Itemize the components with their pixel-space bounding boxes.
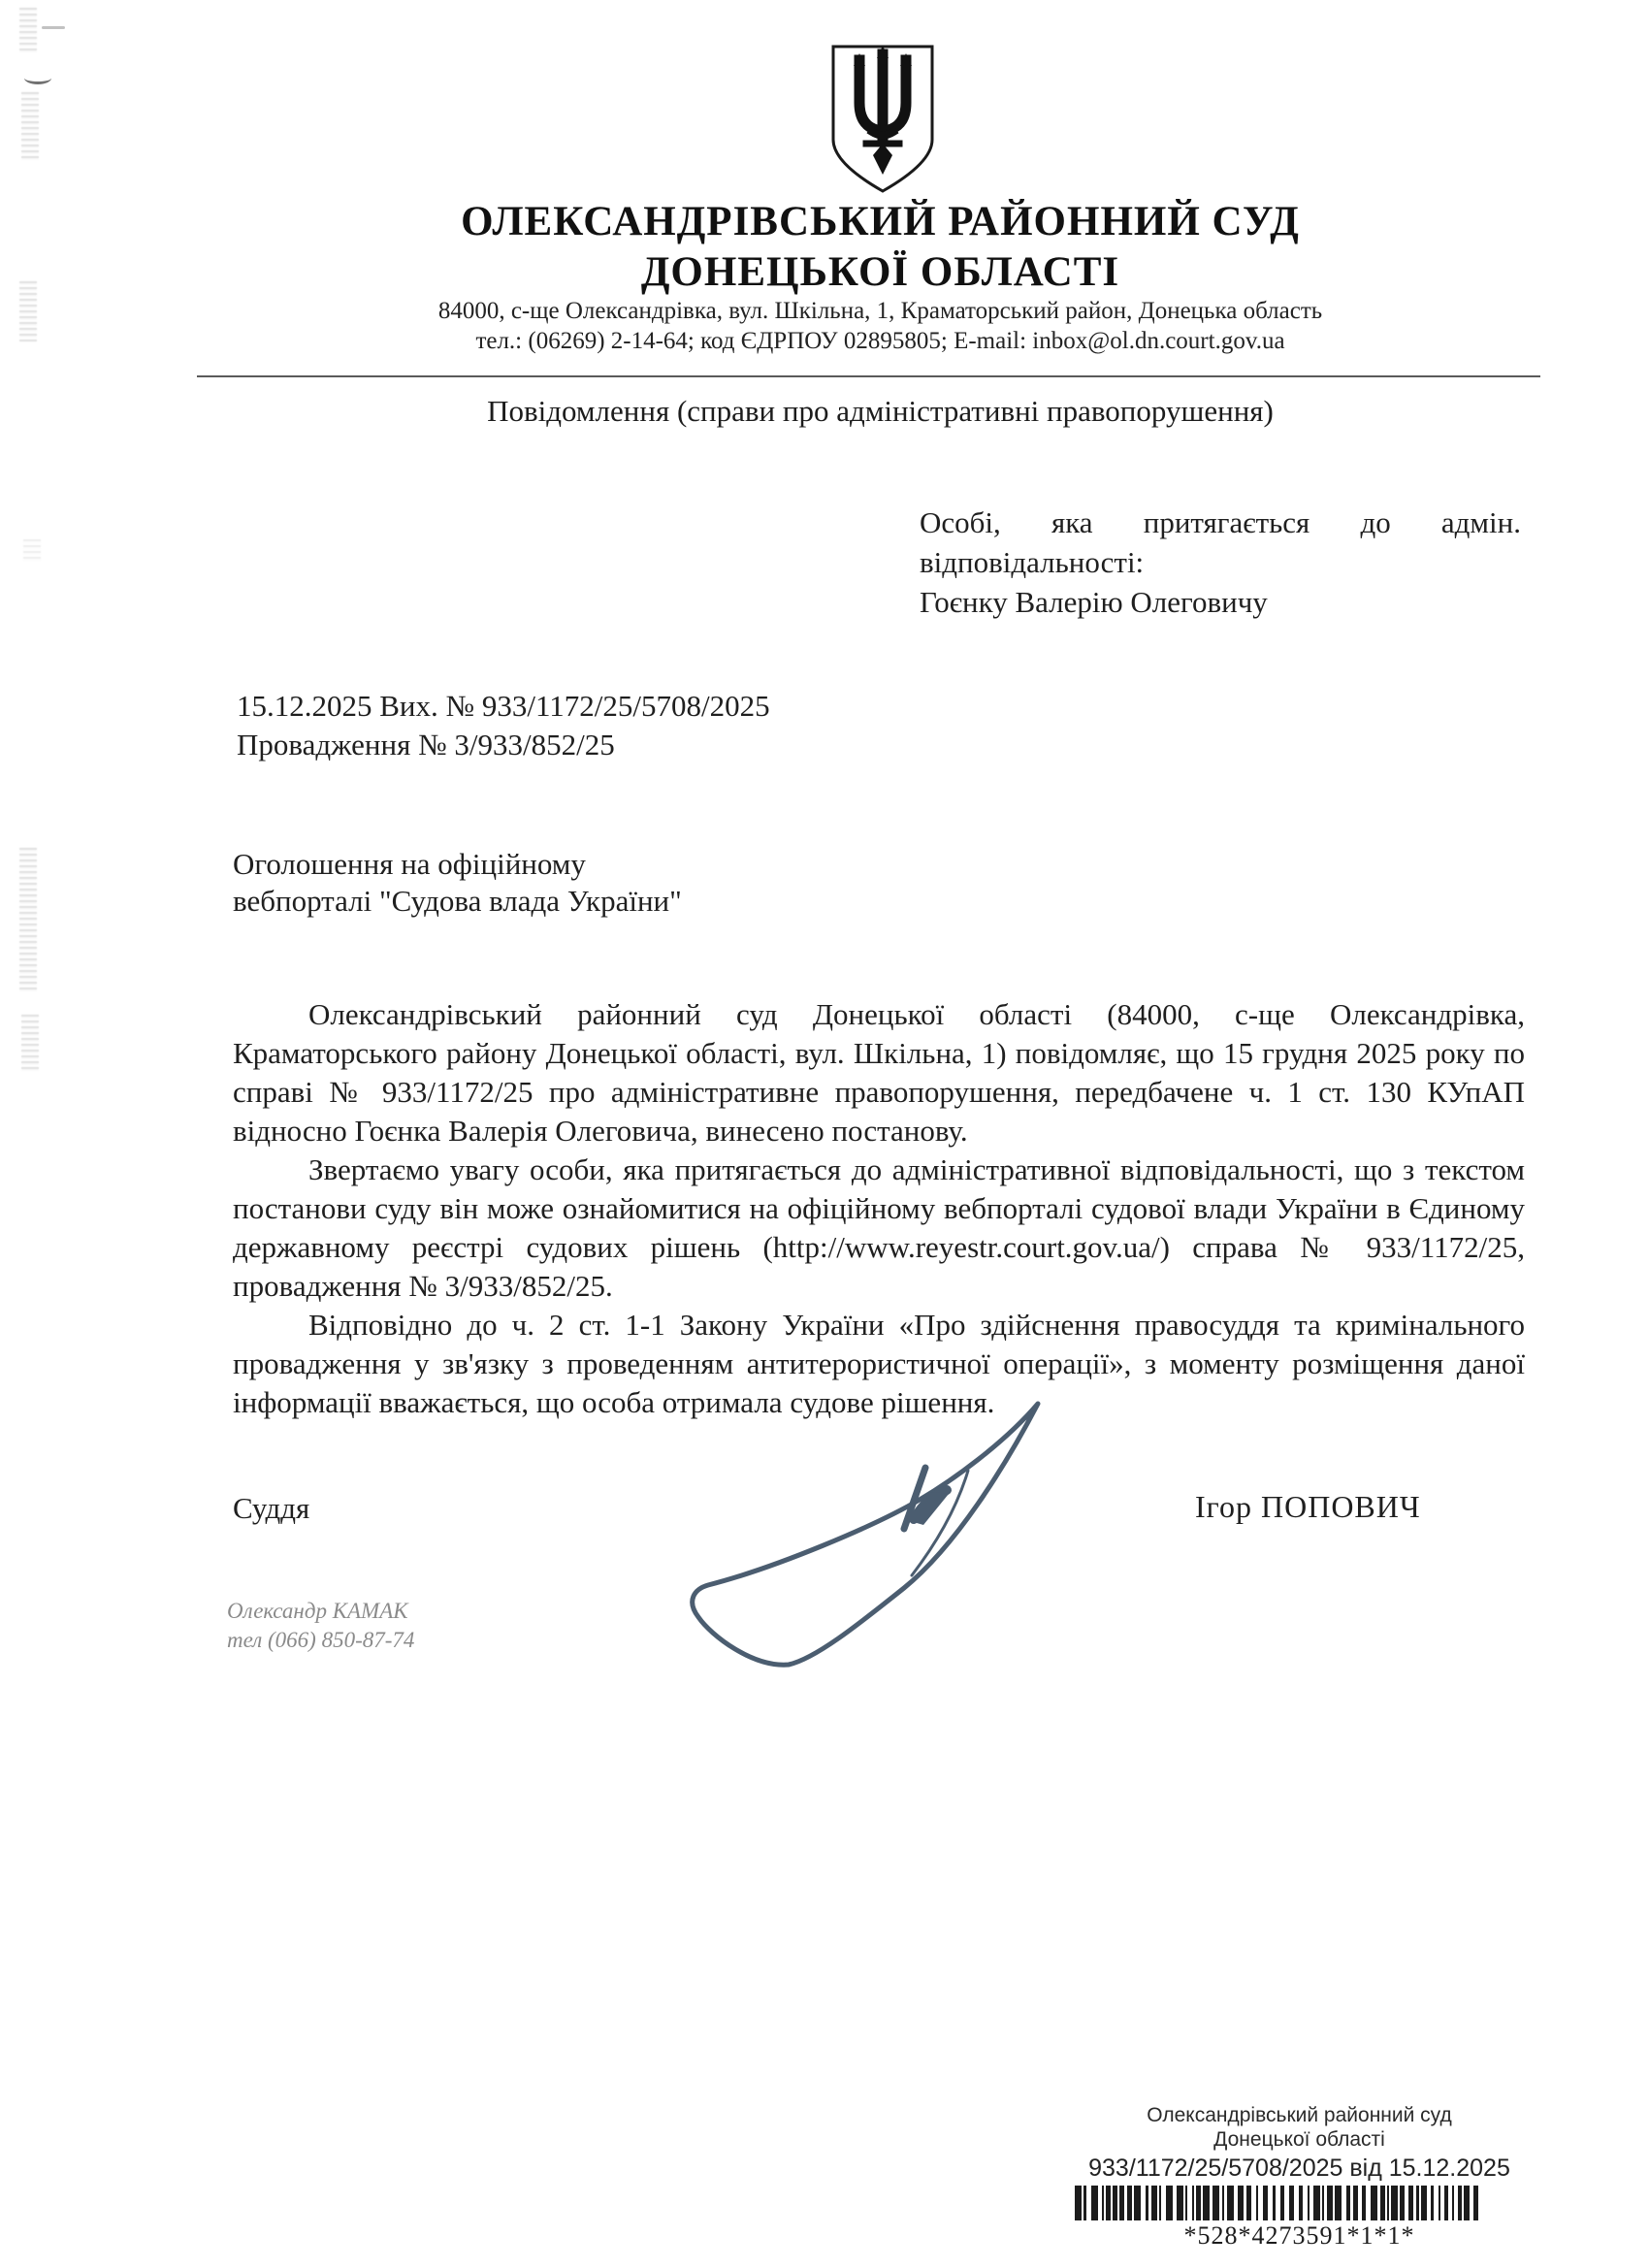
barcode-bar: [1327, 2186, 1333, 2220]
barcode-bar: [1196, 2186, 1201, 2220]
scan-dash-artifact: [42, 26, 65, 29]
barcode-bar: [1083, 2186, 1086, 2220]
barcode-bar: [1362, 2186, 1366, 2220]
barcode-bar: [1387, 2186, 1389, 2220]
barcode-bar: [1091, 2186, 1098, 2220]
barcode-bar: [1371, 2186, 1377, 2220]
barcode-bar: [1391, 2186, 1398, 2220]
barcode-bar: [1280, 2186, 1284, 2220]
announcement-line2: вебпорталі "Судова влада України": [233, 883, 682, 920]
barcode-bar: [1346, 2186, 1350, 2220]
barcode-bar: [1192, 2186, 1194, 2220]
proceeding-number-line: Провадження № 3/933/852/25: [237, 726, 770, 764]
registration-stamp: Олександрівський районний суд Донецької …: [1040, 2103, 1559, 2251]
court-address-line: 84000, с-ще Олександрівка, вул. Шкільна,…: [233, 296, 1528, 326]
barcode-bar: [1106, 2186, 1111, 2220]
barcode-bar: [1400, 2186, 1405, 2220]
barcode-bar: [1431, 2186, 1434, 2220]
barcode-bar: [1146, 2186, 1148, 2220]
barcode-bar: [1458, 2186, 1462, 2220]
barcode-bar: [1227, 2186, 1234, 2220]
stamp-court-line1: Олександрівський районний суд: [1040, 2103, 1559, 2127]
barcode-bar: [1102, 2186, 1104, 2220]
judge-signature: [660, 1346, 1077, 1681]
contact-phone: тел (066) 850-87-74: [227, 1626, 414, 1655]
scan-smudge: [19, 281, 37, 341]
barcode-bar: [1113, 2186, 1117, 2220]
barcode-bar: [1380, 2186, 1385, 2220]
court-name: ОЛЕКСАНДРІВСЬКИЙ РАЙОННИЙ СУД ДОНЕЦЬКОЇ …: [233, 197, 1528, 298]
scan-squiggle-artifact: [24, 72, 51, 84]
document-subject: Повідомлення (справи про адміністративні…: [233, 394, 1528, 429]
barcode-bar: [1408, 2186, 1413, 2220]
barcode-bar: [1166, 2186, 1173, 2220]
barcode-bar: [1212, 2186, 1219, 2220]
addressee-line2: відповідальності:: [920, 542, 1521, 582]
body-paragraph-1: Олександрівський районний суд Донецької …: [233, 995, 1525, 1150]
scan-smudge: [19, 848, 37, 991]
barcode-bar: [1273, 2186, 1276, 2220]
barcode-bar: [1127, 2186, 1132, 2220]
announcement-block: Оголошення на офіційному вебпорталі "Суд…: [233, 846, 682, 920]
contact-block: Олександр КАМАК тел (066) 850-87-74: [227, 1597, 414, 1655]
addressee-line1: Особі, яка притягається до адмін.: [920, 502, 1521, 542]
scan-smudge: [23, 539, 41, 561]
body-paragraph-2: Звертаємо увагу особи, яка притягається …: [233, 1150, 1525, 1306]
stamp-doc-number: 933/1172/25/5708/2025 від 15.12.2025: [1040, 2155, 1559, 2183]
barcode-text: *528*4273591*1*1*: [1040, 2221, 1559, 2251]
barcode-bar: [1256, 2186, 1258, 2220]
barcode-bar: [1075, 2186, 1082, 2220]
header-divider: [197, 375, 1540, 377]
barcode-bar: [1289, 2186, 1294, 2220]
scan-smudge: [19, 8, 37, 54]
barcode-bar: [1421, 2186, 1427, 2220]
judge-name: Ігор ПОПОВИЧ: [1195, 1489, 1421, 1525]
addressee-block: Особі, яка притягається до адмін. відпов…: [920, 502, 1521, 622]
court-phone-email-line: тел.: (06269) 2-14-64; код ЄДРПОУ 028958…: [233, 326, 1528, 356]
court-name-line1: ОЛЕКСАНДРІВСЬКИЙ РАЙОННИЙ СУД: [233, 197, 1528, 247]
barcode-bar: [1134, 2186, 1141, 2220]
barcode-bar: [1313, 2186, 1320, 2220]
barcode-bar: [1203, 2186, 1210, 2220]
barcode-bar: [1335, 2186, 1342, 2220]
barcode-bar: [1263, 2186, 1268, 2220]
court-name-line2: ДОНЕЦЬКОЇ ОБЛАСТІ: [233, 247, 1528, 298]
barcode-bar: [1119, 2186, 1124, 2220]
barcode-bar: [1222, 2186, 1224, 2220]
barcode: [1075, 2186, 1525, 2220]
barcode-bar: [1185, 2186, 1187, 2220]
addressee-name: Гоєнку Валерію Олеговичу: [920, 582, 1521, 622]
barcode-bar: [1151, 2186, 1157, 2220]
barcode-bar: [1238, 2186, 1244, 2220]
contact-name: Олександр КАМАК: [227, 1597, 414, 1626]
scan-smudge: [21, 1015, 39, 1073]
barcode-bar: [1299, 2186, 1303, 2220]
barcode-bar: [1416, 2186, 1419, 2220]
barcode-bar: [1452, 2186, 1454, 2220]
barcode-bar: [1473, 2186, 1478, 2220]
barcode-bar: [1177, 2186, 1183, 2220]
scanned-court-document: ОЛЕКСАНДРІВСЬКИЙ РАЙОННИЙ СУД ДОНЕЦЬКОЇ …: [0, 0, 1649, 2268]
barcode-bar: [1246, 2186, 1251, 2220]
judge-role-label: Суддя: [233, 1491, 309, 1526]
scan-smudge: [21, 92, 39, 160]
barcode-bar: [1353, 2186, 1358, 2220]
ukraine-trident-emblem: [827, 43, 938, 196]
barcode-bar: [1464, 2186, 1470, 2220]
court-contact-info: 84000, с-ще Олександрівка, вул. Шкільна,…: [233, 296, 1528, 356]
barcode-bar: [1444, 2186, 1448, 2220]
barcode-bar: [1159, 2186, 1161, 2220]
outgoing-number-line: 15.12.2025 Вих. № 933/1172/25/5708/2025: [237, 687, 770, 726]
barcode-bar: [1308, 2186, 1309, 2220]
stamp-court-line2: Донецької області: [1040, 2127, 1559, 2152]
barcode-bar: [1322, 2186, 1324, 2220]
reference-block: 15.12.2025 Вих. № 933/1172/25/5708/2025 …: [237, 687, 770, 764]
announcement-line1: Оголошення на офіційному: [233, 846, 682, 883]
barcode-bar: [1439, 2186, 1440, 2220]
